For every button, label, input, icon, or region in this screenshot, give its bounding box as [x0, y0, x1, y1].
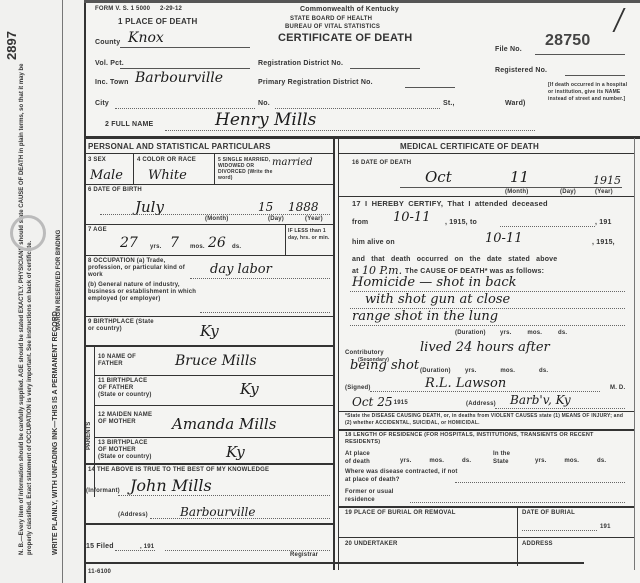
personal-section-title: PERSONAL AND STATISTICAL PARTICULARS — [88, 142, 271, 151]
sig-address-line — [495, 408, 625, 409]
duration-label-2: (Duration) — [420, 368, 451, 374]
age-yrs-caption: yrs. — [150, 244, 161, 250]
disease-contracted-label: Where was disease contracted, if not at … — [345, 468, 465, 484]
vol-pct-line — [120, 68, 250, 69]
medical-title-rule — [339, 153, 634, 154]
sex-divider — [133, 154, 134, 184]
duration-units-2: yrs. mos. ds. — [465, 368, 548, 374]
form-date: 2-29-12 — [160, 6, 182, 12]
last-saw-year: , 1915, — [592, 239, 615, 246]
margin-write-plainly: WRITE PLAINLY, WITH UNFADING INK—THIS IS… — [52, 311, 59, 555]
signed-label: (Signed) — [345, 385, 371, 391]
to-line — [500, 226, 595, 227]
med-row-rule-1 — [339, 196, 634, 197]
form-top-border — [84, 0, 640, 3]
form-right-border — [634, 138, 635, 570]
age-label: 7 AGE — [88, 227, 107, 233]
color-value: White — [148, 168, 187, 183]
cause-label: The CAUSE OF DEATH* was as follows: — [405, 268, 544, 275]
county-line — [120, 47, 250, 48]
industry-line — [200, 312, 330, 313]
dob-label: 6 DATE OF BIRTH — [88, 187, 142, 193]
registrar-line — [165, 550, 330, 551]
file-no-label: File No. — [495, 46, 522, 53]
row-rule-8 — [94, 437, 333, 438]
duration-units-1: yrs. mos. ds. — [500, 330, 567, 336]
former-residence-line — [410, 502, 625, 503]
city-label: City — [95, 100, 109, 107]
form-left-border — [84, 0, 86, 583]
dod-month-caption: (Month) — [505, 189, 528, 195]
punch-hole-icon — [10, 215, 46, 251]
vol-pct-label: Vol. Pct. — [95, 60, 124, 67]
row-rule-1 — [84, 184, 333, 185]
dob-day: 15 — [258, 200, 273, 214]
hospital-note: [If death occurred in a hospital or inst… — [548, 82, 633, 103]
registered-no-line — [565, 75, 625, 76]
age-mos-caption: mos. — [190, 244, 205, 250]
cause-footnote: *State the DISEASE CAUSING DEATH, or, in… — [345, 413, 630, 427]
address-label: (Address) — [118, 512, 148, 518]
margin-reserved: MARGIN RESERVED FOR BINDING — [56, 230, 62, 330]
undertaker-address-label: ADDRESS — [522, 541, 553, 547]
dod-day: 11 — [510, 168, 529, 186]
birthplace-label: 9 BIRTHPLACE (State or country) — [88, 319, 158, 333]
header-bottom-rule — [84, 136, 640, 139]
contributory-line-1: lived 24 hours after — [420, 340, 550, 355]
occupation-value: day labor — [210, 262, 272, 277]
row-rule-2 — [84, 224, 333, 225]
duration-label-1: (Duration) — [455, 330, 486, 336]
med-row-rule-3 — [339, 429, 634, 431]
form-footer: 11-6100 — [88, 569, 111, 575]
dob-day-caption: (Day) — [268, 216, 284, 222]
cause-line-3: range shot in the lung — [352, 309, 498, 324]
row-rule-6 — [94, 375, 333, 376]
med-row-rule-2 — [339, 411, 634, 412]
dob-line — [100, 214, 330, 215]
filed-line — [115, 550, 155, 551]
parents-label: PARENTS — [86, 422, 92, 450]
county-value: Knox — [128, 30, 164, 46]
occupation-line — [190, 278, 330, 279]
primary-registration-line — [405, 87, 455, 88]
binding-margin — [0, 0, 86, 583]
father-name-label: 10 NAME OF FATHER — [98, 354, 153, 368]
dod-day-caption: (Day) — [560, 189, 576, 195]
full-name-line — [165, 130, 535, 131]
row-rule-9 — [84, 463, 333, 465]
board-name: STATE BOARD OF HEALTH — [290, 16, 372, 22]
undertaker-label: 20 UNDERTAKER — [345, 541, 398, 547]
dob-month-caption: (Month) — [205, 216, 228, 222]
age-months: 7 — [170, 235, 179, 251]
margin-stamp-number: 2897 — [4, 31, 19, 60]
cause-line-1: Homicide — shot in back — [352, 275, 517, 290]
ward-label: Ward) — [505, 100, 526, 107]
dod-year: 1915 — [593, 174, 621, 187]
med-row-rule-5 — [339, 537, 634, 538]
dod-line — [400, 187, 622, 188]
medical-section-title: MEDICAL CERTIFICATE OF DEATH — [400, 142, 539, 151]
no-label: No. — [258, 100, 270, 107]
occurred-text: and that death occurred on the date stat… — [352, 256, 557, 263]
informant-label: (Informant) — [86, 488, 120, 494]
no-line — [275, 108, 440, 109]
registrar-label: Registrar — [290, 552, 318, 558]
mother-birthplace-label: 13 BIRTHPLACE OF MOTHER (State or countr… — [98, 440, 153, 461]
margin-divider — [62, 0, 63, 583]
filed-label: 15 Filed — [86, 543, 114, 550]
registration-district-label: Registration District No. — [258, 60, 343, 67]
registration-district-line — [350, 68, 420, 69]
inc-town-label: Inc. Town — [95, 79, 129, 86]
marital-value: married — [272, 157, 313, 168]
sig-address-value: Barb'v, Ky — [510, 393, 571, 407]
city-line — [115, 108, 255, 109]
bureau-name: BUREAU OF VITAL STATISTICS — [285, 24, 380, 30]
check-mark-icon — [592, 8, 625, 32]
dod-year-caption: (Year) — [595, 189, 613, 195]
age-days: 26 — [208, 235, 226, 251]
birthplace-value: Ky — [200, 322, 219, 340]
marital-label: 5 SINGLE MARRIED, WIDOWED OR DIVORCED (W… — [218, 157, 278, 181]
occupation-label: 8 OCCUPATION (a) Trade, profession, or p… — [88, 258, 188, 279]
industry-label: (b) General nature of industry, business… — [88, 282, 198, 303]
sig-address-label: (Address) — [466, 401, 496, 407]
inc-town-value: Barbourville — [135, 70, 223, 86]
column-divider — [333, 138, 335, 570]
at-place-label: At place of death — [345, 450, 375, 466]
registered-no-label: Registered No. — [495, 67, 547, 74]
age-divider — [285, 225, 286, 255]
file-no-line — [535, 54, 625, 55]
md-label: M. D. — [610, 385, 625, 391]
certificate-title: CERTIFICATE OF DEATH — [278, 32, 412, 44]
row-rule-7 — [94, 405, 333, 406]
in-state-units: yrs. mos. ds. — [535, 458, 606, 464]
form-code: FORM V. S. 1 5000 — [95, 6, 150, 12]
section-place-of-death: 1 PLACE OF DEATH — [118, 17, 198, 26]
burial-year: 191 — [600, 524, 611, 530]
contributory-line-2: being shot — [350, 358, 419, 373]
signed-value: R.L. Lawson — [425, 376, 506, 391]
full-name-value: Henry Mills — [215, 110, 316, 130]
last-saw-value: 10-11 — [485, 231, 522, 246]
date-of-burial-label: DATE OF BURIAL — [522, 510, 575, 516]
informant-value: John Mills — [130, 476, 212, 495]
state-name: Commonwealth of Kentucky — [300, 6, 399, 13]
address-line — [150, 518, 330, 519]
row-rule-10 — [84, 523, 333, 525]
true-statement: 14 THE ABOVE IS TRUE TO THE BEST OF MY K… — [88, 467, 269, 473]
contributory-label: Contributory — [345, 350, 384, 356]
signed-year: , 1915 — [390, 400, 408, 406]
full-name-label: 2 FULL NAME — [105, 121, 153, 128]
filed-year-prefix: , 191 — [140, 544, 154, 550]
personal-title-rule — [84, 153, 333, 154]
date-of-burial-line — [522, 530, 597, 531]
signed-date: Oct 25 — [352, 395, 392, 409]
from-value: 10-11 — [393, 210, 430, 225]
former-residence-label: Former or usual residence — [345, 488, 405, 504]
father-name-value: Bruce Mills — [175, 353, 257, 369]
form-bottom-rule — [84, 562, 584, 564]
certify-text: 17 I HEREBY CERTIFY, That I attended dec… — [352, 199, 548, 208]
at-label: at — [352, 268, 359, 275]
dob-year-caption: (Year) — [305, 216, 323, 222]
father-birthplace-label: 11 BIRTHPLACE OF FATHER (State or countr… — [98, 378, 153, 399]
parents-divider — [94, 347, 95, 497]
county-label: County — [95, 39, 120, 46]
row-rule-4 — [84, 316, 333, 317]
st-label: St., — [443, 100, 455, 107]
dod-month: Oct — [425, 168, 452, 186]
row-rule-3 — [84, 255, 333, 256]
file-no-value: 28750 — [545, 32, 591, 50]
mother-name-label: 12 MAIDEN NAME OF MOTHER — [98, 412, 153, 426]
informant-line — [118, 495, 330, 496]
med-row-rule-4 — [339, 506, 634, 508]
mother-birthplace-value: Ky — [226, 443, 245, 461]
address-value: Barbourville — [180, 505, 255, 519]
cause-rule-3 — [350, 325, 625, 326]
primary-registration-label: Primary Registration District No. — [258, 79, 373, 86]
burial-label: 19 PLACE OF BURIAL OR REMOVAL — [345, 510, 456, 516]
mother-name-value: Amanda Mills — [172, 415, 276, 433]
in-state-label: In the State — [493, 450, 515, 466]
less-than-day-label: IF LESS than 1 day, hrs. or min. — [288, 228, 332, 242]
row-rule-5 — [84, 345, 333, 347]
color-label: 4 COLOR OR RACE — [137, 157, 196, 163]
margin-instructions: N. B.—Every item of information should b… — [18, 55, 34, 555]
color-divider — [214, 154, 215, 184]
from-label: from — [352, 219, 368, 226]
at-place-units: yrs. mos. ds. — [400, 458, 471, 464]
last-saw-label: him alive on — [352, 239, 395, 246]
to-year: , 191 — [595, 219, 612, 226]
sex-value: Male — [90, 168, 123, 183]
residence-label: 18 LENGTH OF RESIDENCE (FOR HOSPITALS, I… — [345, 432, 630, 446]
signed-line — [370, 391, 600, 392]
dob-year: 1888 — [288, 200, 319, 214]
date-of-death-label: 16 DATE OF DEATH — [352, 160, 411, 166]
cause-line-2: with shot gun at close — [365, 292, 510, 307]
father-birthplace-value: Ky — [240, 380, 259, 398]
age-ds-caption: ds. — [232, 244, 241, 250]
sex-label: 3 SEX — [88, 157, 106, 163]
from-year: , 1915, to — [445, 219, 477, 226]
age-years: 27 — [120, 235, 138, 251]
disease-contracted-line — [455, 482, 625, 483]
